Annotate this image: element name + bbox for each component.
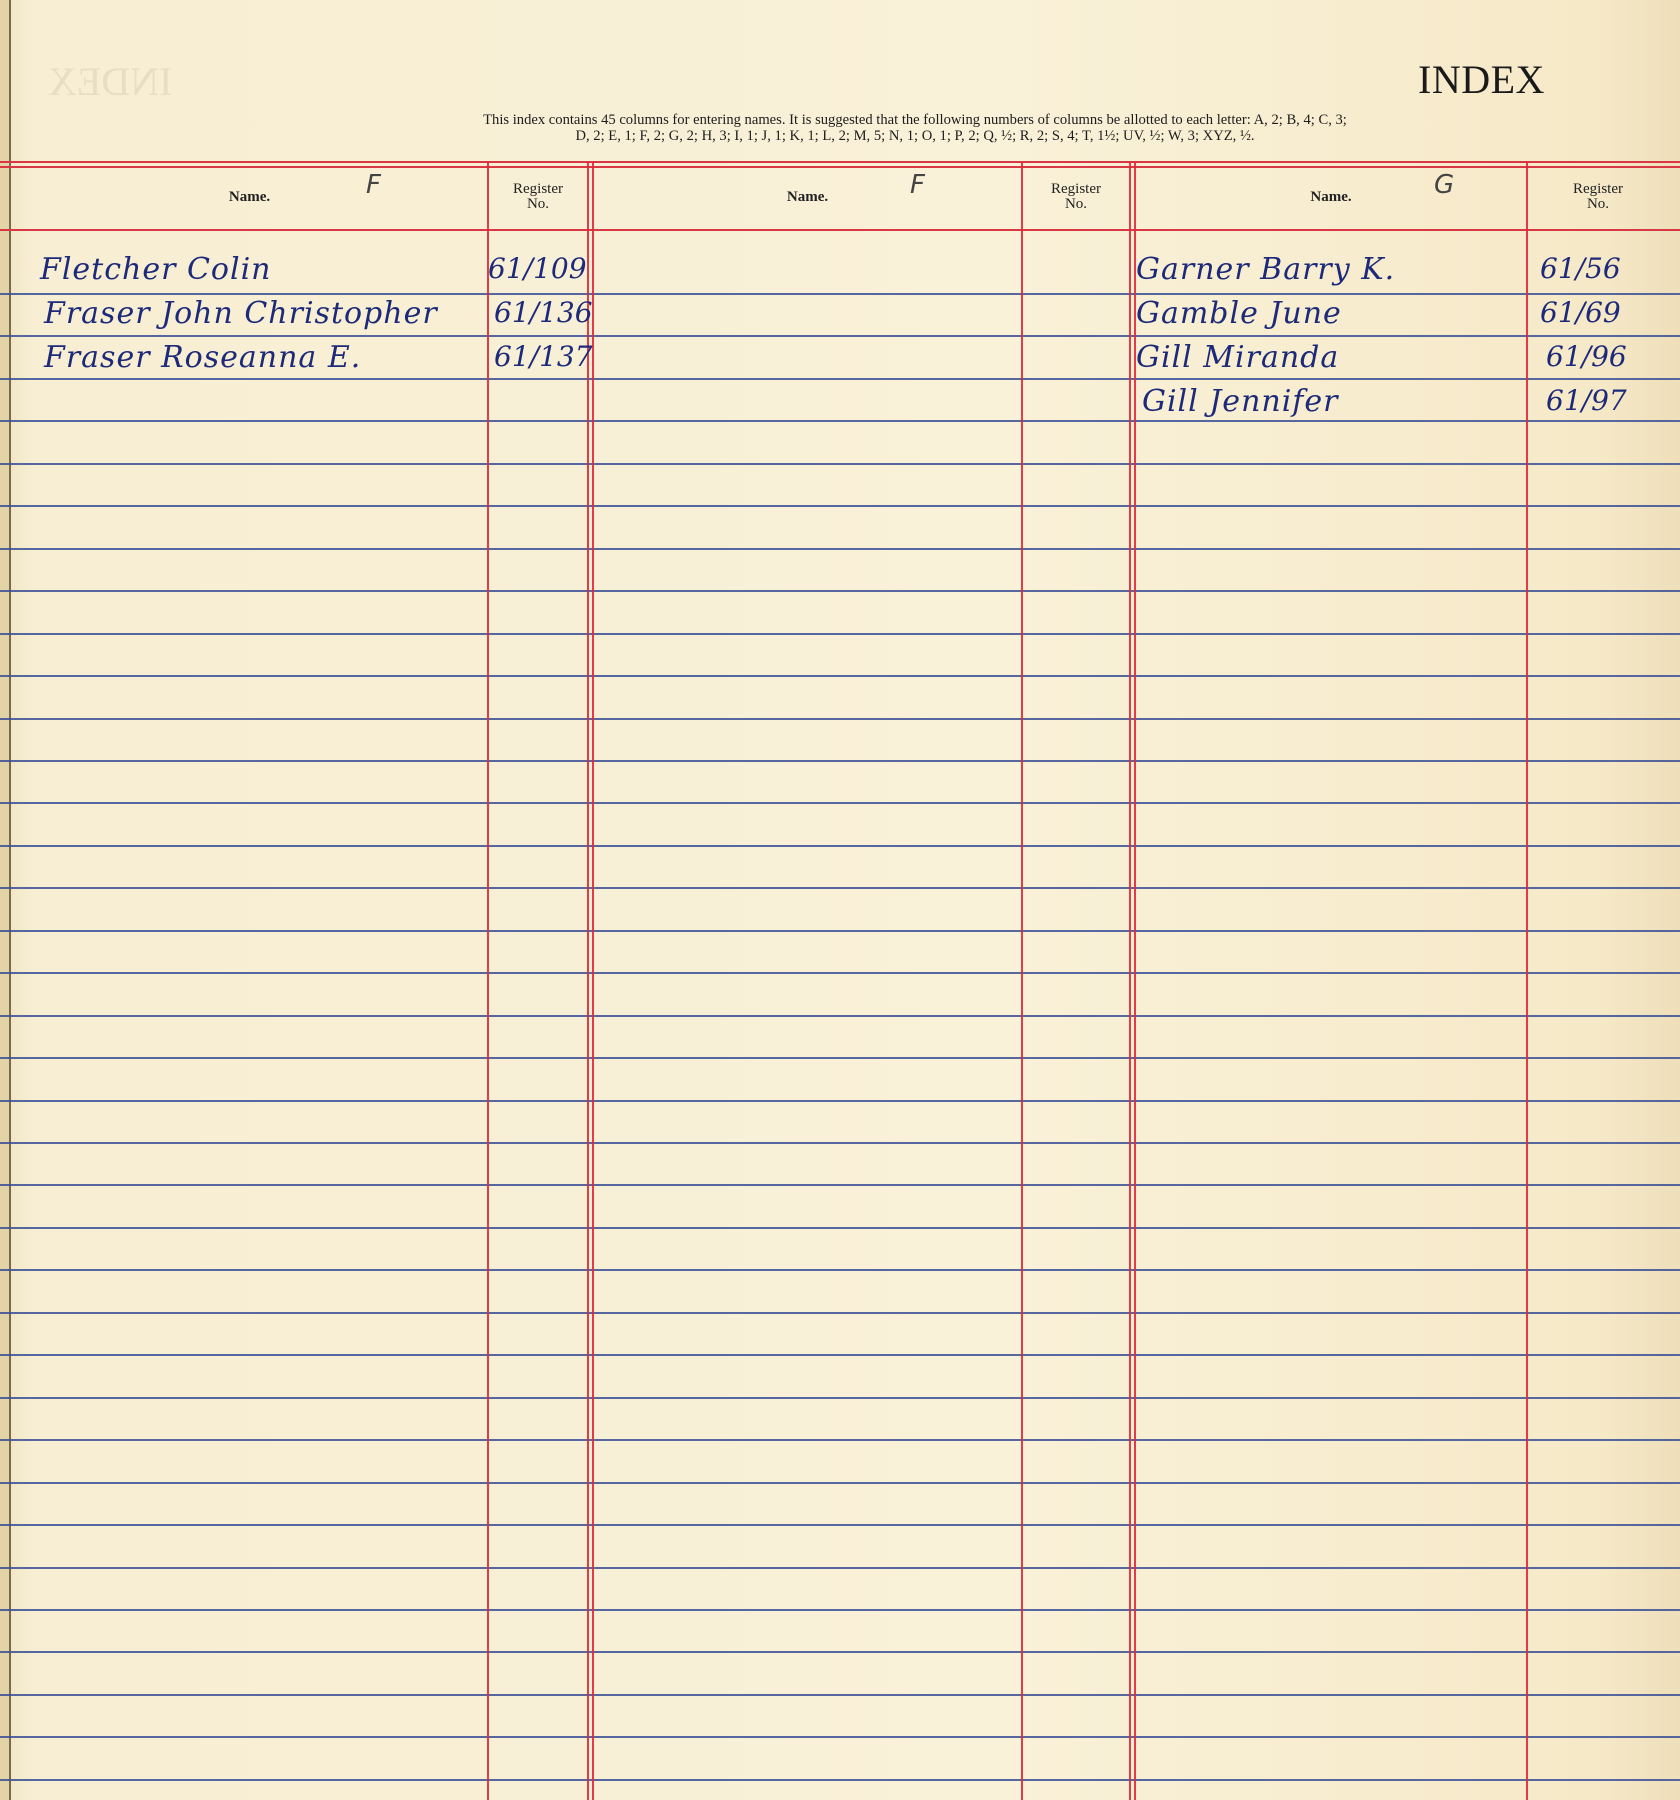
ruled-line	[0, 378, 1680, 380]
ruled-line	[0, 930, 1680, 932]
entry-register: 61/97	[1546, 384, 1627, 417]
page-title: INDEX	[1418, 56, 1545, 103]
entry-name: Fletcher Colin	[40, 252, 272, 287]
ruled-line	[0, 1651, 1680, 1653]
entry-name: Fraser John Christopher	[44, 296, 438, 331]
column-divider-2a	[587, 162, 589, 1800]
register-header-label: Register	[1573, 182, 1623, 197]
ruled-line	[0, 1439, 1680, 1441]
column-1-name-header: Name.	[12, 166, 487, 228]
ruled-line	[0, 1100, 1680, 1102]
column-3-name-header: Name.	[1136, 166, 1526, 228]
bleed-through-title: INDEX	[48, 58, 172, 105]
ruled-line	[0, 293, 1680, 295]
ruled-line	[0, 972, 1680, 974]
entry-name: Gill Jennifer	[1142, 384, 1339, 419]
name-header-label: Name.	[229, 189, 270, 206]
ruled-line	[0, 1184, 1680, 1186]
column-2-letter-mark: F	[910, 170, 925, 200]
name-header-label: Name.	[787, 189, 828, 206]
ruled-line	[0, 802, 1680, 804]
name-header-label: Name.	[1310, 189, 1351, 206]
register-no-label: No.	[1065, 197, 1087, 212]
ruled-line	[0, 505, 1680, 507]
column-divider-2b	[592, 162, 594, 1800]
column-divider-4b	[1134, 162, 1136, 1800]
column-allotment-instructions: This index contains 45 columns for enter…	[318, 112, 1512, 144]
ruled-line	[0, 1227, 1680, 1229]
ruled-line	[0, 1015, 1680, 1017]
entry-register: 61/96	[1546, 340, 1627, 373]
ruled-line	[0, 1609, 1680, 1611]
register-header-label: Register	[1051, 182, 1101, 197]
header-bottom-rule	[0, 229, 1680, 231]
ruled-line	[0, 718, 1680, 720]
entry-name: Gill Miranda	[1136, 340, 1339, 375]
column-3-register-header: Register No.	[1528, 166, 1668, 228]
column-divider-1	[487, 162, 489, 1800]
ruled-line	[0, 1312, 1680, 1314]
entry-register: 61/137	[494, 340, 593, 373]
register-no-label: No.	[527, 197, 549, 212]
ruled-line	[0, 1736, 1680, 1738]
column-1-register-header: Register No.	[489, 166, 587, 228]
header-top-rule	[0, 161, 1680, 163]
column-3-letter-mark: G	[1434, 170, 1454, 200]
ruled-line	[0, 548, 1680, 550]
register-no-label: No.	[1587, 197, 1609, 212]
ruled-line	[0, 633, 1680, 635]
ruled-line	[0, 845, 1680, 847]
ruled-line	[0, 1694, 1680, 1696]
column-1-letter-mark: F	[366, 170, 381, 200]
column-divider-5	[1526, 162, 1528, 1800]
ruled-line	[0, 1354, 1680, 1356]
instructions-line-1: This index contains 45 columns for enter…	[318, 112, 1512, 128]
entry-name: Garner Barry K.	[1136, 252, 1395, 287]
ruled-line	[0, 1524, 1680, 1526]
entry-name: Gamble June	[1136, 296, 1342, 331]
ruled-line	[0, 1057, 1680, 1059]
entry-register: 61/56	[1540, 252, 1621, 285]
ruled-line	[0, 1269, 1680, 1271]
ruled-line	[0, 420, 1680, 422]
ruled-line	[0, 887, 1680, 889]
ruled-line	[0, 760, 1680, 762]
ruled-line	[0, 1482, 1680, 1484]
page-binding-edge	[0, 0, 11, 1800]
entry-register: 61/69	[1540, 296, 1621, 329]
ruled-line	[0, 1142, 1680, 1144]
column-divider-4a	[1129, 162, 1131, 1800]
entry-name: Fraser Roseanna E.	[44, 340, 361, 375]
ruled-line	[0, 463, 1680, 465]
column-divider-3	[1021, 162, 1023, 1800]
ruled-line	[0, 590, 1680, 592]
entry-register: 61/109	[488, 252, 587, 285]
ruled-line	[0, 335, 1680, 337]
ruled-line	[0, 1567, 1680, 1569]
ruled-line	[0, 1397, 1680, 1399]
column-2-name-header: Name.	[594, 166, 1021, 228]
register-header-label: Register	[513, 182, 563, 197]
ruled-line	[0, 675, 1680, 677]
instructions-line-2: D, 2; E, 1; F, 2; G, 2; H, 3; I, 1; J, 1…	[318, 128, 1512, 144]
ruled-line	[0, 1779, 1680, 1781]
column-2-register-header: Register No.	[1023, 166, 1129, 228]
entry-register: 61/136	[494, 296, 593, 329]
